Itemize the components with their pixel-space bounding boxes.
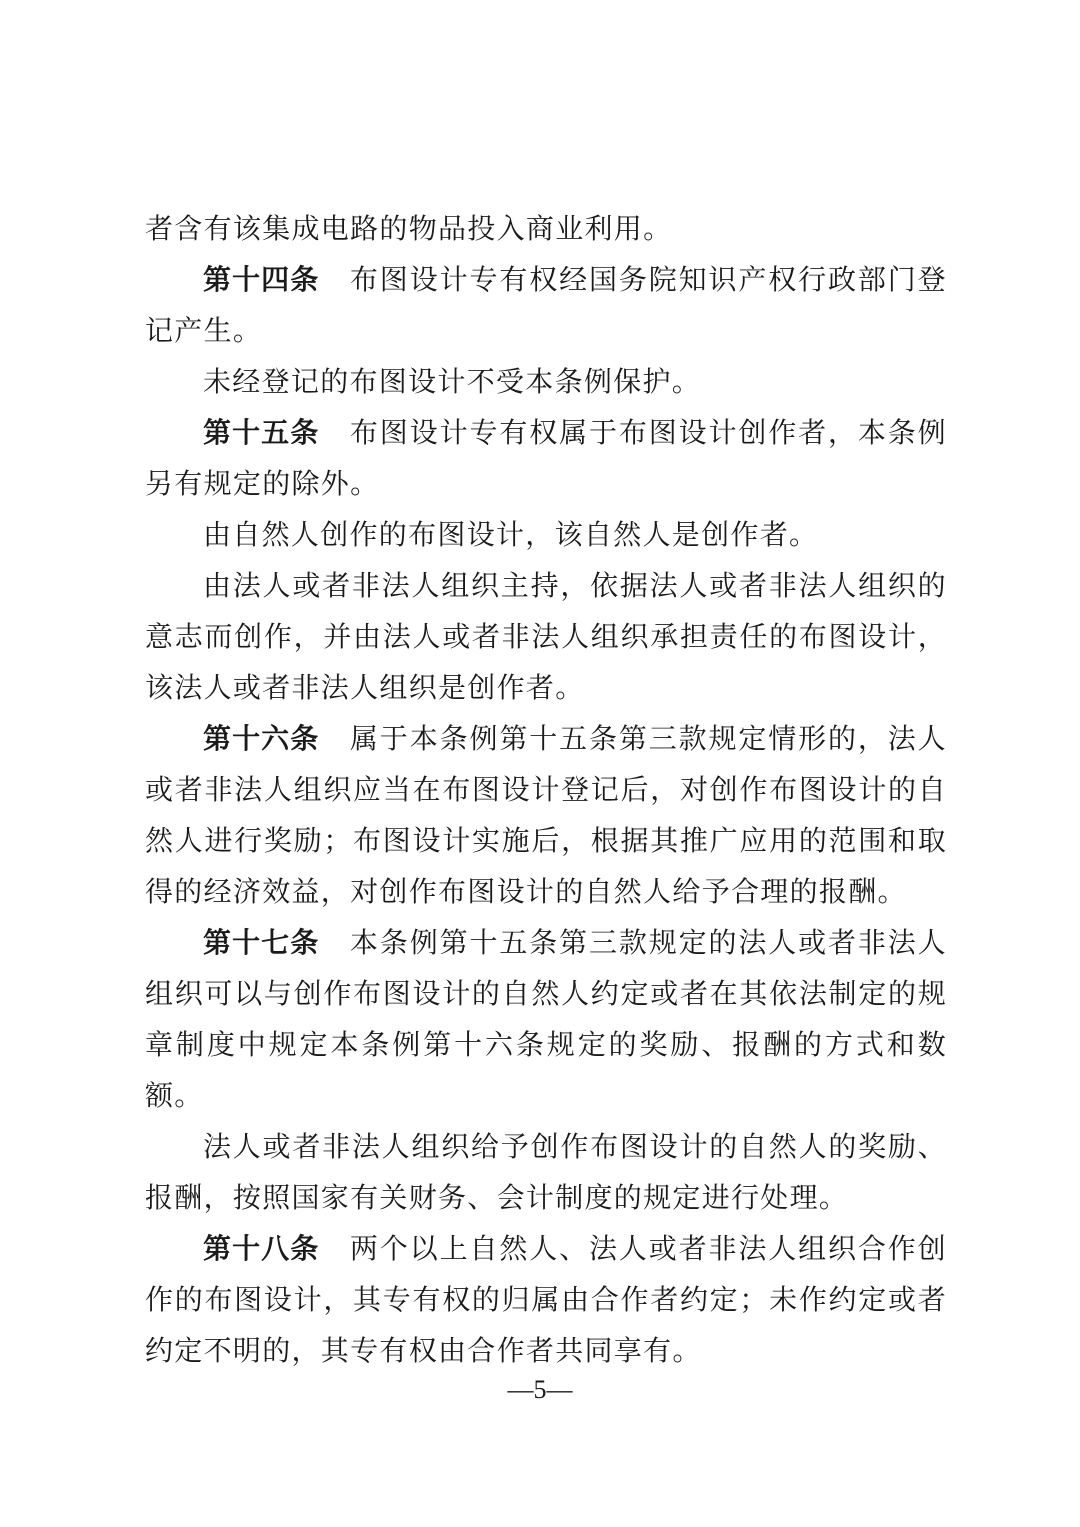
article-15-clause-3: 由法人或者非法人组织主持，依据法人或者非法人组织的意志而创作，并由法人或者非法人… — [145, 560, 947, 713]
article-17: 第十七条本条例第十五条第三款规定的法人或者非法人组织可以与创作布图设计的自然人约… — [145, 917, 947, 1121]
article-14-clause-2: 未经登记的布图设计不受本条例保护。 — [145, 356, 947, 407]
article-heading: 第十四条 — [203, 263, 319, 296]
paragraph-continuation: 者含有该集成电路的物品投入商业利用。 — [145, 203, 947, 254]
article-18: 第十八条两个以上自然人、法人或者非法人组织合作创作的布图设计，其专有权的归属由合… — [145, 1223, 947, 1376]
article-15-clause-2: 由自然人创作的布图设计，该自然人是创作者。 — [145, 509, 947, 560]
article-16: 第十六条属于本条例第十五条第三款规定情形的，法人或者非法人组织应当在布图设计登记… — [145, 713, 947, 917]
document-body: 者含有该集成电路的物品投入商业利用。 第十四条布图设计专有权经国务院知识产权行政… — [145, 203, 947, 1376]
article-heading: 第十七条 — [203, 926, 319, 959]
paragraph-text: 由自然人创作的布图设计，该自然人是创作者。 — [203, 518, 818, 551]
article-17-clause-2: 法人或者非法人组织给予创作布图设计的自然人的奖励、报酬，按照国家有关财务、会计制… — [145, 1121, 947, 1223]
article-heading: 第十五条 — [203, 416, 319, 449]
paragraph-text: 法人或者非法人组织给予创作布图设计的自然人的奖励、报酬，按照国家有关财务、会计制… — [145, 1130, 947, 1214]
paragraph-text: 由法人或者非法人组织主持，依据法人或者非法人组织的意志而创作，并由法人或者非法人… — [145, 569, 947, 704]
paragraph-text: 者含有该集成电路的物品投入商业利用。 — [145, 212, 672, 245]
article-heading: 第十八条 — [203, 1232, 319, 1265]
article-heading: 第十六条 — [203, 722, 319, 755]
paragraph-text: 未经登记的布图设计不受本条例保护。 — [203, 365, 701, 398]
article-15: 第十五条布图设计专有权属于布图设计创作者，本条例另有规定的除外。 — [145, 407, 947, 509]
article-14: 第十四条布图设计专有权经国务院知识产权行政部门登记产生。 — [145, 254, 947, 356]
page-number: —5— — [0, 1375, 1080, 1405]
